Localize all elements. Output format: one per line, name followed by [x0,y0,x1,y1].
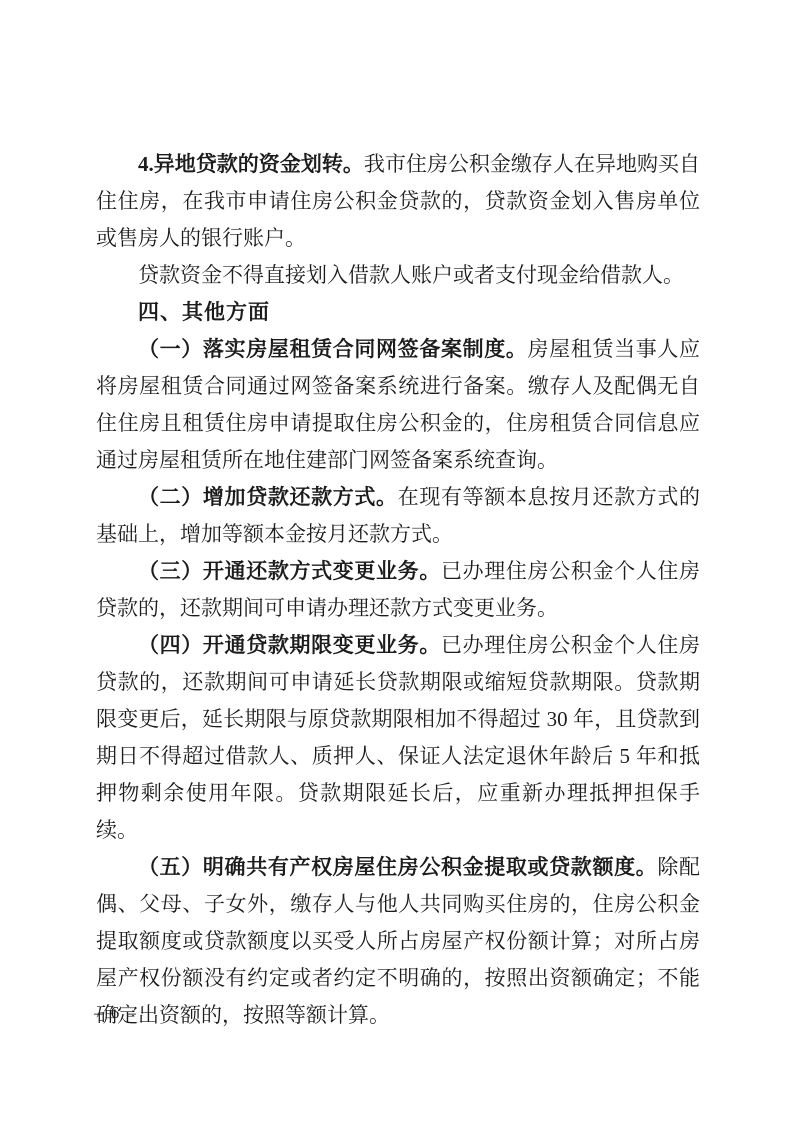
paragraph-lead-bold: （三）开通还款方式变更业务。 [138,559,441,583]
paragraph-lead-bold: （五）明确共有产权房屋住房公积金提取或贷款额度。 [138,855,657,879]
paragraph-body-text: 已办理住房公积金个人住房贷款的，还款期间可申请延长贷款期限或缩短贷款期限。贷款期… [96,633,700,842]
document-body: 4.异地贷款的资金划转。我市住房公积金缴存人在异地购买自住住房，在我市申请住房公… [96,146,700,1034]
paragraph-lead-bold: （四）开通贷款期限变更业务。 [138,633,441,657]
paragraph-item-3-repayment-change: （三）开通还款方式变更业务。已办理住房公积金个人住房贷款的，还款期间可申请办理还… [96,553,700,627]
paragraph-body-text: 贷款资金不得直接划入借款人账户或者支付现金给借款人。 [138,263,684,287]
paragraph-body-text: 除配偶、父母、子女外，缴存人与他人共同购买住房的，住房公积金提取额度或贷款额度以… [96,855,700,1027]
paragraph-item-4-term-change: （四）开通贷款期限变更业务。已办理住房公积金个人住房贷款的，还款期间可申请延长贷… [96,627,700,849]
page-number: – 6 – [94,1002,138,1024]
paragraph-lead-bold: （一）落实房屋租赁合同网签备案制度。 [138,337,528,361]
paragraph-item-2-repayment-methods: （二）增加贷款还款方式。在现有等额本息按月还款方式的基础上，增加等额本金按月还款… [96,479,700,553]
paragraph-item-5-shared-ownership: （五）明确共有产权房屋住房公积金提取或贷款额度。除配偶、父母、子女外，缴存人与他… [96,849,700,1034]
document-page: 4.异地贷款的资金划转。我市住房公积金缴存人在异地购买自住住房，在我市申请住房公… [0,0,794,1123]
section-heading-other-aspects: 四、其他方面 [96,294,700,331]
paragraph-remote-loan-transfer: 4.异地贷款的资金划转。我市住房公积金缴存人在异地购买自住住房，在我市申请住房公… [96,146,700,257]
paragraph-lead-bold: 4.异地贷款的资金划转。 [138,152,364,176]
paragraph-lead-bold: （二）增加贷款还款方式。 [138,485,398,509]
paragraph-loan-funds-rule: 贷款资金不得直接划入借款人账户或者支付现金给借款人。 [96,257,700,294]
paragraph-item-1-rental-registration: （一）落实房屋租赁合同网签备案制度。房屋租赁当事人应将房屋租赁合同通过网签备案系… [96,331,700,479]
